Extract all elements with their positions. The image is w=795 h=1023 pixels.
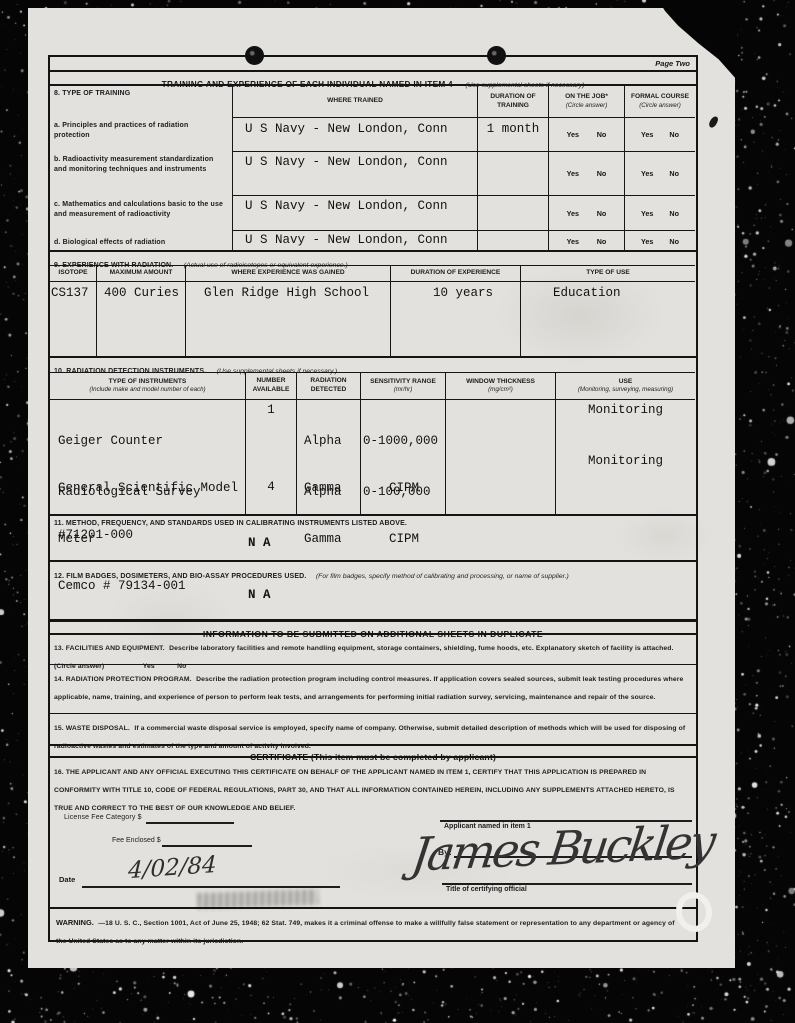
section-12-label: 12. FILM BADGES, DOSIMETERS, AND BIO-ASS… — [54, 573, 306, 580]
instrument-row-2-type: Radiological Survey Meter Cemco # 79134-… — [50, 452, 245, 515]
col-header-type-of-use: TYPE OF USE — [520, 265, 695, 282]
ink-mark — [708, 115, 719, 129]
instrument-row-2-sensitivity: 0-100,000 CIPM — [360, 452, 445, 515]
training-row-b-formal-answer: YesNo — [624, 151, 695, 195]
training-row-c-where: U S Navy - New London, Conn — [232, 195, 477, 230]
training-row-b-label: b. Radioactivity measurement standardiza… — [50, 151, 232, 195]
col-header-duration-of-experience: DURATION OF EXPERIENCE — [390, 265, 520, 282]
instrument-row-1-number: 1 — [245, 400, 296, 452]
instrument-row-2-use: Monitoring — [555, 452, 695, 515]
section-11-calibration-methods: 11. METHOD, FREQUENCY, AND STANDARDS USE… — [50, 516, 696, 562]
col-header-window-thickness: WINDOW THICKNESS(mg/cm²) — [445, 372, 555, 400]
training-row-a-onjob-answer: YesNo — [548, 117, 624, 151]
training-row-a-duration: 1 month — [477, 117, 548, 151]
col-header-radiation-detected: RADIATIONDETECTED — [296, 372, 360, 400]
instrument-row-1-use: Monitoring — [555, 400, 695, 452]
section-14-label: 14. RADIATION PROTECTION PROGRAM. — [54, 676, 192, 683]
col-header-type-of-instruments: TYPE OF INSTRUMENTS(Include make and mod… — [50, 372, 245, 400]
experience-where-value: Glen Ridge High School — [185, 282, 390, 358]
col-header-use: USE(Monitoring, surveying, measuring) — [555, 372, 695, 400]
training-row-d-formal-answer: YesNo — [624, 230, 695, 252]
signature-area: License Fee Category $ Fee Enclosed $ Da… — [50, 807, 696, 907]
page-label: Page Two — [655, 59, 690, 68]
training-row-c-formal-answer: YesNo — [624, 195, 695, 230]
instrument-row-1-sensitivity: 0-1000,000 CIPM — [360, 400, 445, 452]
license-fee-label: License Fee Category $ — [64, 814, 142, 821]
training-row-a-formal-answer: YesNo — [624, 117, 695, 151]
title-line — [442, 883, 692, 885]
training-row-c-onjob-answer: YesNo — [548, 195, 624, 230]
fee-enclosed-label: Fee Enclosed $ — [112, 837, 161, 844]
section-12-answer: N A — [248, 588, 271, 604]
training-row-a-where: U S Navy - New London, Conn — [232, 117, 477, 151]
instrument-row-2-window — [445, 452, 555, 515]
section-14-radiation-protection-program: 14. RADIATION PROTECTION PROGRAM. Descri… — [50, 665, 696, 714]
instrument-row-1-type: Geiger Counter General Scientific Model … — [50, 400, 245, 452]
instrument-row-2-number: 4 — [245, 452, 296, 515]
section-15-label: 15. WASTE DISPOSAL. — [54, 725, 130, 732]
col-header-duration-of-training: DURATION OFTRAINING — [477, 86, 548, 117]
training-row-d-duration — [477, 230, 548, 252]
col-header-maximum-amount: MAXIMUM AMOUNT — [96, 265, 185, 282]
col-header-formal-course: FORMAL COURSE(Circle answer) — [624, 86, 695, 117]
training-row-b-onjob-answer: YesNo — [548, 151, 624, 195]
experience-isotope-value: CS137 — [50, 282, 96, 358]
col-header-sensitivity-range: SENSITIVITY RANGE(mr/hr) — [360, 372, 445, 400]
instrument-row-2-radiation: Alpha Gamma — [296, 452, 360, 515]
warning-box: WARNING. —18 U. S. C., Section 1001, Act… — [50, 907, 696, 940]
col-header-isotope: ISOTOPE — [50, 265, 96, 282]
training-row-d-where: U S Navy - New London, Conn — [232, 230, 477, 252]
warning-label: WARNING. — [56, 918, 94, 927]
instrument-row-1-window — [445, 400, 555, 452]
section-12-film-badges: 12. FILM BADGES, DOSIMETERS, AND BIO-ASS… — [50, 562, 696, 619]
fee-enclosed-line — [162, 845, 252, 847]
col-header-where-trained: WHERE TRAINED — [232, 86, 477, 117]
instrument-row-1-radiation: Alpha Gamma — [296, 400, 360, 452]
col-header-number-available: NUMBERAVAILABLE — [245, 372, 296, 400]
form-title-row: TRAINING AND EXPERIENCE OF EACH INDIVIDU… — [50, 72, 696, 86]
section-16-text: 16. THE APPLICANT AND ANY OFFICIAL EXECU… — [54, 769, 675, 812]
training-row-b-where: U S Navy - New London, Conn — [232, 151, 477, 195]
section-13-facilities-equipment: 13. FACILITIES AND EQUIPMENT. Describe l… — [50, 635, 696, 665]
section-9-experience-with-radiation: 9. EXPERIENCE WITH RADIATION. (Actual us… — [50, 252, 696, 358]
section-8-type-of-training: 8. TYPE OF TRAINING WHERE TRAINED DURATI… — [50, 86, 696, 252]
certificate-header: CERTIFICATE (This item must be completed… — [50, 744, 696, 758]
experience-duration-value: 10 years — [390, 282, 520, 358]
section-8-label: 8. TYPE OF TRAINING — [50, 86, 232, 117]
col-header-where-experience-gained: WHERE EXPERIENCE WAS GAINED — [185, 265, 390, 282]
info-section-header: INFORMATION TO BE SUBMITTED ON ADDITIONA… — [50, 619, 696, 635]
date-value-handwritten: 4/02/84 — [128, 852, 217, 884]
binder-hole-right — [487, 46, 506, 65]
section-13-label: 13. FACILITIES AND EQUIPMENT. — [54, 645, 165, 652]
section-11-label: 11. METHOD, FREQUENCY, AND STANDARDS USE… — [50, 516, 696, 529]
page-label-row: Page Two — [50, 57, 696, 72]
section-16-certificate-text: 16. THE APPLICANT AND ANY OFFICIAL EXECU… — [50, 758, 696, 807]
date-label: Date — [59, 875, 75, 884]
training-row-b-duration — [477, 151, 548, 195]
section-10-radiation-detection-instruments: 10. RADIATION DETECTION INSTRUMENTS. (Us… — [50, 358, 696, 516]
binder-hole-left — [245, 46, 264, 65]
col-header-on-the-job: ON THE JOB*(Circle answer) — [548, 86, 624, 117]
paper-sheet: Page Two TRAINING AND EXPERIENCE OF EACH… — [28, 8, 735, 968]
training-row-c-label: c. Mathematics and calculations basic to… — [50, 195, 232, 230]
section-11-answer: N A — [248, 536, 271, 552]
section-15-waste-disposal: 15. WASTE DISPOSAL. If a commercial wast… — [50, 714, 696, 744]
training-row-d-onjob-answer: YesNo — [548, 230, 624, 252]
experience-use-value: Education — [520, 282, 695, 358]
section-12-note: (For film badges, specify method of cali… — [316, 573, 569, 580]
scanned-form-page: Page Two TRAINING AND EXPERIENCE OF EACH… — [0, 0, 795, 1023]
form-body: Page Two TRAINING AND EXPERIENCE OF EACH… — [48, 55, 698, 942]
license-fee-line — [146, 822, 234, 824]
date-line — [82, 886, 340, 888]
training-row-c-duration — [477, 195, 548, 230]
training-row-a-label: a. Principles and practices of radiation… — [50, 117, 232, 151]
training-row-d-label: d. Biological effects of radiation — [50, 230, 232, 252]
experience-amount-value: 400 Curies — [96, 282, 185, 358]
warning-text: —18 U. S. C., Section 1001, Act of June … — [56, 920, 675, 945]
certifying-official-title-label: Title of certifying official — [446, 886, 527, 893]
